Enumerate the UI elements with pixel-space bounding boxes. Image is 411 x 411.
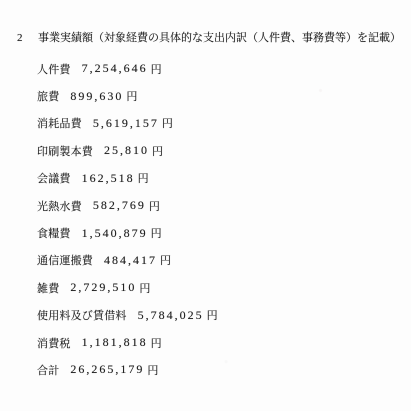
currency-unit: 円 xyxy=(138,170,149,186)
expense-row: 印刷製本費 25,810 円 xyxy=(37,137,403,164)
expense-label: 会議費 xyxy=(37,170,71,186)
expense-row: 食糧費 1,540,879 円 xyxy=(37,219,403,246)
expense-amount: 1,181,818 xyxy=(82,335,148,350)
scanned-document-page: 2 事業実績額（対象経費の具体的な支出内訳（人件費、事務費等）を記載） 人件費 … xyxy=(0,0,411,411)
expense-list: 人件費 7,254,646 円 旅費 899,630 円 消耗品費 5,619,… xyxy=(17,55,403,384)
expense-label: 旅費 xyxy=(37,88,59,104)
currency-unit: 円 xyxy=(147,362,158,378)
expense-row: 合計 26,265,179 円 xyxy=(37,356,403,383)
expense-amount: 2,729,510 xyxy=(70,280,136,295)
currency-unit: 円 xyxy=(152,143,163,159)
expense-label: 消耗品費 xyxy=(37,115,82,131)
expense-row: 使用料及び賃借料 5,784,025 円 xyxy=(37,302,403,329)
expense-label: 光熱水費 xyxy=(37,198,82,214)
expense-amount: 26,265,179 xyxy=(70,362,144,377)
expense-row: 人件費 7,254,646 円 xyxy=(37,55,403,82)
expense-row: 雑費 2,729,510 円 xyxy=(37,274,403,301)
currency-unit: 円 xyxy=(160,252,171,268)
currency-unit: 円 xyxy=(151,61,162,77)
expense-amount: 7,254,646 xyxy=(82,61,148,76)
expense-amount: 5,784,025 xyxy=(138,308,204,323)
expense-label: 消費税 xyxy=(37,335,71,351)
expense-row: 光熱水費 582,769 円 xyxy=(37,192,403,219)
expense-amount: 899,630 xyxy=(70,89,123,104)
expense-amount: 162,518 xyxy=(82,171,135,186)
section-title: 事業実績額（対象経費の具体的な支出内訳（人件費、事務費等）を記載） xyxy=(38,30,401,46)
expense-amount: 25,810 xyxy=(104,143,149,158)
currency-unit: 円 xyxy=(151,335,162,351)
expense-row: 旅費 899,630 円 xyxy=(37,82,403,109)
section-number: 2 xyxy=(17,30,38,46)
expense-row: 消耗品費 5,619,157 円 xyxy=(37,110,403,137)
expense-amount: 582,769 xyxy=(93,198,146,213)
expense-label: 食糧費 xyxy=(37,225,71,241)
currency-unit: 円 xyxy=(149,198,160,214)
currency-unit: 円 xyxy=(207,307,218,323)
currency-unit: 円 xyxy=(151,225,162,241)
currency-unit: 円 xyxy=(162,115,173,131)
expense-label: 人件費 xyxy=(37,61,71,77)
expense-label: 合計 xyxy=(37,362,59,378)
expense-label: 通信運搬費 xyxy=(37,252,93,268)
currency-unit: 円 xyxy=(126,88,137,104)
expense-amount: 1,540,879 xyxy=(82,226,148,241)
expense-amount: 484,417 xyxy=(104,253,157,268)
currency-unit: 円 xyxy=(139,280,150,296)
expense-row: 消費税 1,181,818 円 xyxy=(37,329,403,356)
expense-row: 会議費 162,518 円 xyxy=(37,165,403,192)
section-heading: 2 事業実績額（対象経費の具体的な支出内訳（人件費、事務費等）を記載） xyxy=(17,30,403,46)
expense-amount: 5,619,157 xyxy=(93,116,159,131)
expense-label: 使用料及び賃借料 xyxy=(37,307,127,323)
expense-label: 印刷製本費 xyxy=(37,143,93,159)
expense-row: 通信運搬費 484,417 円 xyxy=(37,247,403,274)
expense-label: 雑費 xyxy=(37,280,59,296)
